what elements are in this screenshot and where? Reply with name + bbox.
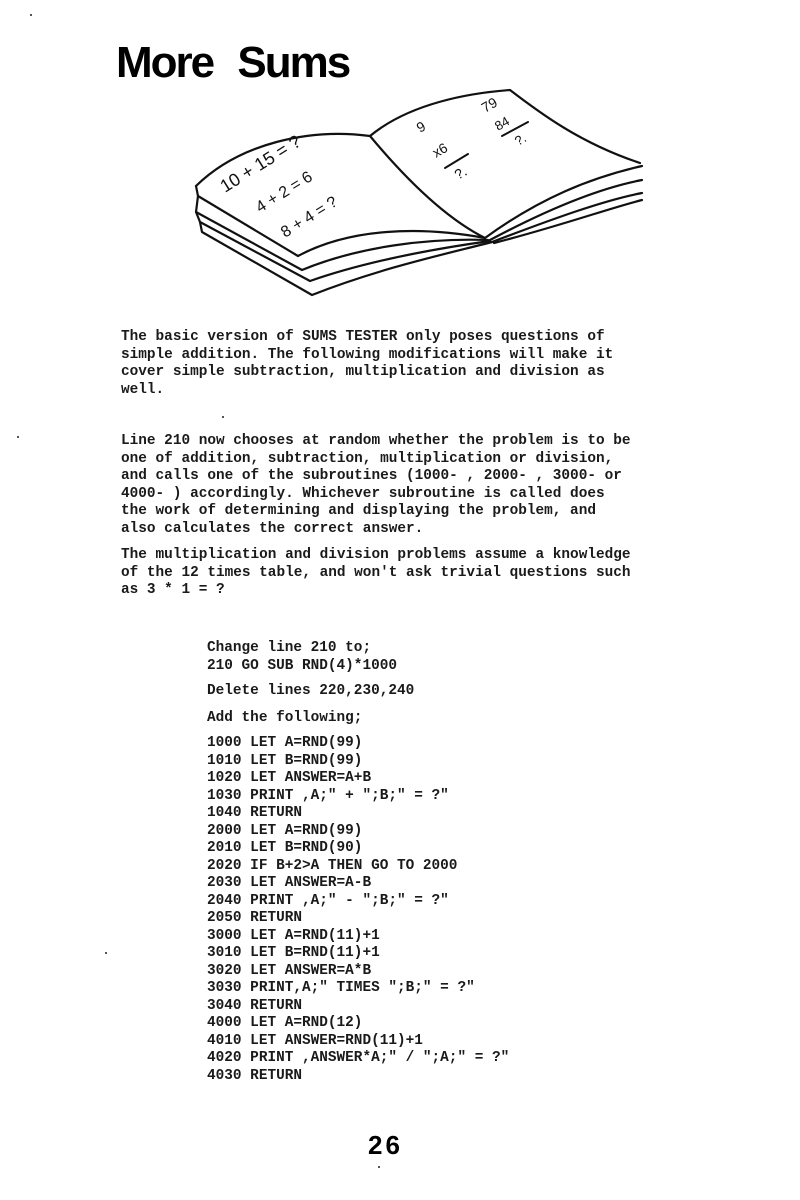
code-line: 3010 LET B=RND(11)+1 (207, 945, 509, 963)
scan-speck (30, 14, 32, 16)
code-line: 1030 PRINT ,A;" + ";B;" = ?" (207, 788, 509, 806)
scan-speck (222, 416, 224, 418)
delete-lines-instruction: Delete lines 220,230,240 (207, 683, 414, 701)
code-line: 3000 LET A=RND(11)+1 (207, 928, 509, 946)
intro-paragraph: The basic version of SUMS TESTER only po… (121, 329, 613, 399)
scan-speck (105, 952, 107, 954)
code-line: 2040 PRINT ,A;" - ";B;" = ?" (207, 893, 509, 911)
code-line: 1000 LET A=RND(99) (207, 735, 509, 753)
svg-text:?.: ?. (452, 163, 470, 183)
scan-speck (378, 1166, 380, 1168)
add-lines-instruction: Add the following; (207, 710, 362, 728)
code-line: 2020 IF B+2>A THEN GO TO 2000 (207, 858, 509, 876)
code-line: 3040 RETURN (207, 998, 509, 1016)
svg-text:x6: x6 (430, 139, 451, 160)
times-table-note-paragraph: The multiplication and division problems… (121, 547, 631, 600)
page-title: More Sums (116, 38, 349, 88)
code-line: 2030 LET ANSWER=A-B (207, 875, 509, 893)
code-line: 4020 PRINT ,ANSWER*A;" / ";A;" = ?" (207, 1050, 509, 1068)
code-line: 4010 LET ANSWER=RND(11)+1 (207, 1033, 509, 1051)
svg-text:79: 79 (479, 94, 501, 116)
code-line: 2050 RETURN (207, 910, 509, 928)
scan-speck (17, 436, 19, 438)
page-number: 26 (368, 1130, 403, 1161)
change-line-instruction: Change line 210 to; 210 GO SUB RND(4)*10… (207, 640, 397, 675)
line-210-explanation-paragraph: Line 210 now chooses at random whether t… (121, 433, 631, 538)
open-book-illustration: 10 + 15 = ? 4 + 2 = 6 8 + 4 = ? 9 x6 ?. … (180, 88, 660, 308)
code-line: 3030 PRINT,A;" TIMES ";B;" = ?" (207, 980, 509, 998)
code-line: 4000 LET A=RND(12) (207, 1015, 509, 1033)
code-line: 4030 RETURN (207, 1068, 509, 1086)
svg-text:?.: ?. (512, 130, 529, 148)
code-line: 2000 LET A=RND(99) (207, 823, 509, 841)
code-line: 1010 LET B=RND(99) (207, 753, 509, 771)
code-line: 1040 RETURN (207, 805, 509, 823)
svg-text:84: 84 (492, 113, 512, 133)
svg-text:8 + 4 = ?: 8 + 4 = ? (278, 193, 341, 241)
code-listing: 1000 LET A=RND(99)1010 LET B=RND(99)1020… (207, 735, 509, 1085)
code-line: 2010 LET B=RND(90) (207, 840, 509, 858)
code-line: 1020 LET ANSWER=A+B (207, 770, 509, 788)
svg-text:9: 9 (414, 118, 429, 136)
code-line: 3020 LET ANSWER=A*B (207, 963, 509, 981)
